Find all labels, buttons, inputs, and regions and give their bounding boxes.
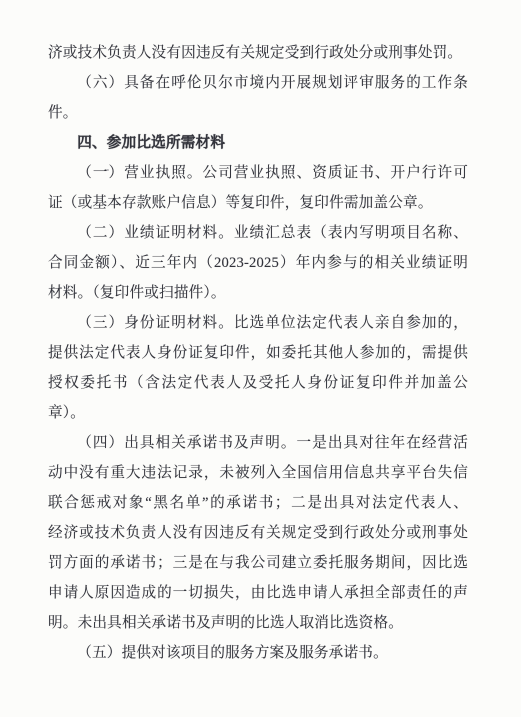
text-line: （三）身份证明材料。比选单位法定代表人亲自参加的， xyxy=(48,308,468,338)
text-line: 经济或技术负责人没有因违反有关规定受到行政处分或刑事处 xyxy=(48,518,468,548)
text-line: 济或技术负责人没有因违反有关规定受到行政处分或刑事处罚。 xyxy=(48,38,468,68)
scan-speck xyxy=(106,169,109,171)
text-line: 证（或基本存款账户信息）等复印件，复印件需加盖公章。 xyxy=(48,188,468,218)
text-line: （二）业绩证明材料。业绩汇总表（表内写明项目名称、 xyxy=(48,218,468,248)
text-line: 合同金额）、近三年内（2023-2025）年内参与的相关业绩证明 xyxy=(48,248,468,278)
text-line: （五）提供对该项目的服务方案及服务承诺书。 xyxy=(48,638,468,668)
scanned-document-page: 济或技术负责人没有因违反有关规定受到行政处分或刑事处罚。（六）具备在呼伦贝尔市境… xyxy=(0,0,521,717)
text-line: （一）营业执照。公司营业执照、资质证书、开户行许可 xyxy=(48,158,468,188)
text-line: 联合惩戒对象“黑名单”的承诺书；二是出具对法定代表人、 xyxy=(48,488,468,518)
text-line: 材料。（复印件或扫描件）。 xyxy=(48,278,468,308)
text-line: （四）出具相关承诺书及声明。一是出具对往年在经营活 xyxy=(48,428,468,458)
section-heading: 四、参加比选所需材料 xyxy=(48,128,468,158)
text-line: 动中没有重大违法记录，未被列入全国信用信息共享平台失信 xyxy=(48,458,468,488)
document-body: 济或技术负责人没有因违反有关规定受到行政处分或刑事处罚。（六）具备在呼伦贝尔市境… xyxy=(48,38,468,668)
text-line: （六）具备在呼伦贝尔市境内开展规划评审服务的工作条 xyxy=(48,68,468,98)
text-line: 提供法定代表人身份证复印件，如委托其他人参加的，需提供 xyxy=(48,338,468,368)
text-line: 授权委托书（含法定代表人及受托人身份证复印件并加盖公 xyxy=(48,368,468,398)
text-line: 明。未出具相关承诺书及声明的比选人取消比选资格。 xyxy=(48,608,468,638)
text-line: 件。 xyxy=(48,98,468,128)
text-line: 申请人原因造成的一切损失，由比选申请人承担全部责任的声 xyxy=(48,578,468,608)
text-line: 章）。 xyxy=(48,398,468,428)
text-line: 罚方面的承诺书；三是在与我公司建立委托服务期间，因比选 xyxy=(48,548,468,578)
